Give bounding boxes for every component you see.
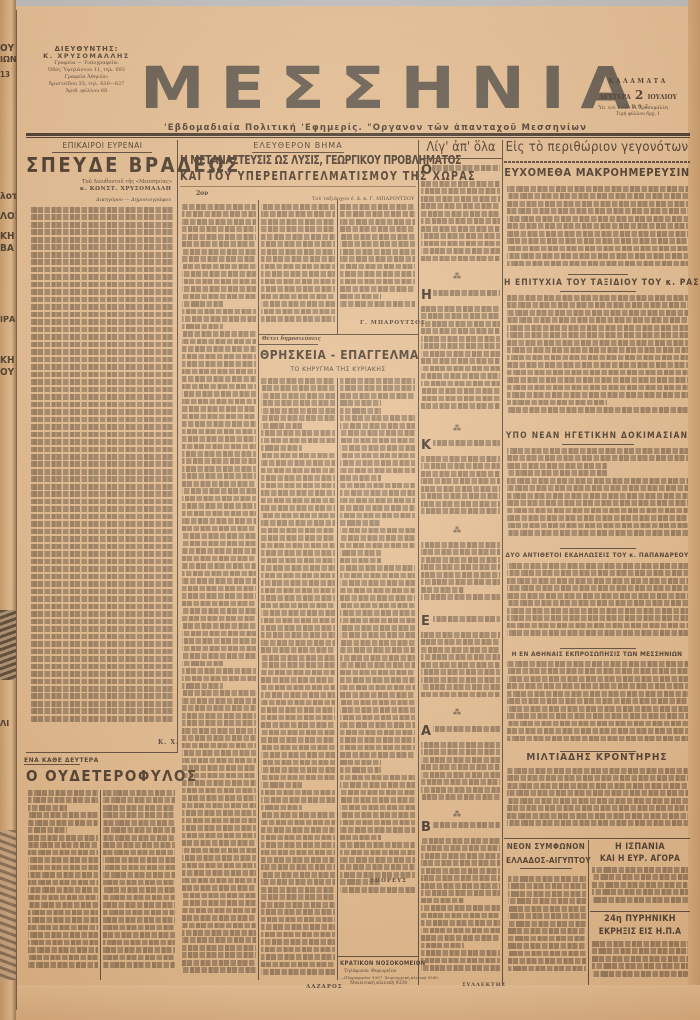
- text-line: [261, 588, 335, 594]
- text-line: [340, 211, 415, 217]
- text-line: [421, 542, 500, 548]
- text-line: [30, 274, 173, 280]
- text-line: [182, 863, 256, 869]
- text-line: [182, 578, 256, 584]
- news-body: [508, 876, 586, 980]
- text-line: [182, 825, 256, 831]
- text-line: [507, 208, 688, 214]
- text-line: [182, 690, 256, 696]
- text-line: [182, 436, 256, 442]
- text-line: [182, 571, 256, 577]
- text-line: [421, 211, 500, 217]
- text-line: [182, 444, 256, 450]
- text-line: [30, 417, 173, 423]
- text-line: [261, 954, 335, 960]
- item-headline: ΕΥΧΟΜΕΘΑ ΜΑΚΡΟΗΜΕΡΕΥΣΙΝ: [504, 166, 690, 179]
- text-line: [340, 423, 415, 429]
- text-line: [261, 460, 335, 466]
- text-line: [261, 805, 302, 811]
- text-line: [182, 339, 256, 345]
- text-line: [340, 595, 415, 601]
- text-line: [30, 708, 173, 714]
- text-line: [340, 707, 415, 713]
- text-line: [421, 572, 500, 578]
- text-line: [103, 820, 175, 826]
- text-line: [508, 891, 586, 897]
- text-line: [30, 596, 173, 602]
- text-line: [421, 677, 500, 683]
- text-line: [507, 820, 688, 826]
- text-line: [340, 219, 415, 225]
- text-line: [507, 570, 688, 576]
- text-line: [261, 468, 335, 474]
- text-line: [28, 790, 98, 796]
- text-line: [340, 438, 415, 444]
- text-line: [261, 737, 335, 743]
- text-line: [182, 249, 256, 255]
- text-line: [261, 438, 335, 444]
- text-line: [182, 952, 256, 958]
- adjacent-photo: [0, 610, 16, 680]
- text-line: [261, 857, 335, 863]
- column-divider: [177, 140, 178, 752]
- text-line: [421, 684, 500, 690]
- text-line: [182, 586, 256, 592]
- text-line: [182, 226, 256, 232]
- text-line: [340, 430, 415, 436]
- text-line: [28, 805, 67, 811]
- text-line: [507, 593, 688, 599]
- text-line: [261, 752, 335, 758]
- dropcap: Β: [421, 820, 431, 835]
- text-line: [182, 286, 256, 292]
- text-line: [30, 237, 173, 243]
- text-line: [182, 855, 256, 861]
- text-line: [30, 432, 173, 438]
- text-line: [261, 211, 335, 217]
- text-line: [261, 204, 335, 210]
- text-line: [261, 385, 335, 391]
- article-author: κ. ΚΩΝΣΤ. ΧΡΥΣΟΜΑΛΛΗ: [80, 186, 172, 192]
- athens-label: Γραφεῖα Ἀθηνῶν:: [24, 74, 149, 81]
- text-line: [261, 887, 335, 893]
- text-line: [508, 966, 586, 972]
- text-line: [182, 728, 256, 734]
- article-body: [261, 204, 335, 328]
- text-line: [261, 316, 335, 322]
- text-line: [182, 616, 256, 622]
- text-line: [340, 264, 415, 270]
- text-line: [421, 639, 500, 645]
- text-line: [508, 943, 586, 949]
- text-line: [421, 248, 500, 254]
- text-line: [30, 491, 173, 497]
- text-line: [340, 505, 415, 511]
- text-line: [30, 304, 173, 310]
- section-rule: [504, 161, 690, 163]
- news-headline-2: ΚΑΙ Η ΕΥΡ. ΑΓΟΡΑ: [590, 854, 690, 864]
- text-line: [507, 238, 688, 244]
- text-line: [30, 664, 173, 670]
- text-line: [261, 909, 335, 915]
- text-line: [182, 803, 256, 809]
- text-line: [261, 677, 335, 683]
- hospital-phone-1: Τηλέφωνα: Θυρωρεῖον: [344, 969, 396, 974]
- text-line: [182, 653, 256, 659]
- text-line: [433, 616, 500, 622]
- text-line: [261, 962, 335, 968]
- text-line: [28, 812, 98, 818]
- article-signature: Κ. Χ.: [158, 739, 179, 746]
- text-line: [261, 294, 335, 300]
- text-line: [30, 259, 173, 265]
- text-line: [421, 564, 500, 570]
- item-headline: ΥΠΟ ΝΕΑΝ ΗΓΕΤΙΚΗΝ ΔΟΚΙΜΑΣΙΑΝ: [504, 431, 690, 441]
- text-line: [182, 473, 256, 479]
- text-line: [30, 619, 173, 625]
- text-line: [340, 234, 415, 240]
- text-line: [421, 218, 500, 224]
- text-line: [261, 400, 335, 406]
- separator-asterism: ⁂: [453, 708, 461, 717]
- text-line: [30, 476, 173, 482]
- text-line: [508, 921, 586, 927]
- text-line: [340, 279, 415, 285]
- text-line: [507, 623, 688, 629]
- text-line: [30, 334, 173, 340]
- paragraph-body: [421, 742, 500, 804]
- text-line: [261, 543, 335, 549]
- text-line: [433, 440, 500, 446]
- text-line: [30, 536, 173, 542]
- text-line: [261, 219, 335, 225]
- paragraph-body: [421, 632, 500, 702]
- text-line: [182, 309, 256, 315]
- text-line: [28, 865, 98, 871]
- text-line: [261, 226, 335, 232]
- text-line: [182, 743, 256, 749]
- item-body: [507, 661, 688, 749]
- text-line: [340, 775, 415, 781]
- article-body: [30, 207, 173, 731]
- text-line: [30, 387, 173, 393]
- text-line: [182, 638, 256, 644]
- text-line: [508, 958, 586, 964]
- text-line: [421, 508, 500, 514]
- text-line: [28, 880, 98, 886]
- item-body: [507, 295, 688, 421]
- dropcap: Η: [421, 288, 432, 303]
- text-line: [30, 394, 173, 400]
- text-line: [507, 713, 688, 719]
- text-line: [30, 342, 173, 348]
- text-line: [507, 775, 688, 781]
- section-title: Εἰς τὸ περιθώριον γεγονότων: [504, 140, 690, 155]
- text-line: [30, 289, 173, 295]
- text-line: [182, 548, 256, 554]
- text-line: [421, 358, 500, 364]
- text-line: [261, 301, 335, 307]
- text-line: [30, 207, 173, 213]
- text-line: [182, 533, 256, 539]
- text-line: [507, 798, 688, 804]
- text-line: [421, 868, 500, 874]
- text-line: [421, 787, 500, 793]
- text-line: [261, 700, 335, 706]
- text-line: [421, 493, 500, 499]
- text-line: [182, 429, 256, 435]
- text-line: [421, 233, 500, 239]
- text-line: [261, 655, 335, 661]
- item-headline: Η ΕΝ ΑΘΗΝΑΙΣ ΕΚΠΡΟΣΩΠΗΣΙΣ ΤΩΝ ΜΕΣΣΗΝΙΩΝ: [504, 650, 690, 658]
- text-line: [261, 745, 335, 751]
- text-line: [103, 955, 175, 961]
- item-body: [507, 563, 688, 645]
- text-line: [261, 835, 335, 841]
- paragraph-body: [433, 440, 500, 454]
- text-line: [421, 396, 500, 402]
- text-line: [30, 282, 173, 288]
- text-line: [182, 414, 256, 420]
- article-headline-2: ΚΑΙ ΤΟΥ ΥΠΕΡΕΠΑΓΓΕΛΜΑΤΙΣΜΟΥ ΤΗΣ ΧΩΡΑΣ: [180, 168, 417, 183]
- separator-asterism: ⁂: [453, 272, 461, 281]
- text-line: [340, 483, 415, 489]
- text-line: [340, 294, 381, 300]
- text-line: [592, 889, 688, 895]
- text-line: [30, 521, 173, 527]
- text-line: [182, 384, 256, 390]
- text-line: [182, 915, 256, 921]
- item-rule: [568, 274, 628, 275]
- text-line: [261, 924, 335, 930]
- text-line: [507, 661, 688, 667]
- text-line: [507, 790, 688, 796]
- text-line: [340, 692, 415, 698]
- text-line: [30, 244, 173, 250]
- text-line: [182, 840, 256, 846]
- text-line: [507, 500, 688, 506]
- item-headline: ΔΥΟ ΑΝΤΙΘΕΤΟΙ ΕΚΔΗΛΩΣΕΙΣ ΤΟΥ κ. ΠΑΠΑΝΔΡΕ…: [504, 551, 690, 559]
- text-line: [507, 706, 688, 712]
- text-line: [261, 969, 335, 975]
- headline-rule: [180, 186, 416, 187]
- text-line: [421, 351, 500, 357]
- text-line: [421, 764, 500, 770]
- text-line: [508, 906, 586, 912]
- article-part: 2ον: [196, 190, 208, 197]
- text-line: [507, 325, 688, 331]
- text-line: [28, 857, 98, 863]
- text-line: [507, 698, 688, 704]
- text-line: [507, 608, 688, 614]
- text-line: [30, 716, 173, 722]
- separator-asterism: ⁂: [453, 810, 461, 819]
- text-line: [182, 780, 256, 786]
- text-line: [30, 327, 173, 333]
- text-line: [28, 925, 98, 931]
- text-line: [261, 453, 335, 459]
- masthead-rule: [26, 133, 690, 136]
- text-line: [30, 484, 173, 490]
- text-line: [28, 955, 98, 961]
- text-line: [103, 835, 175, 841]
- text-line: [182, 234, 256, 240]
- text-line: [421, 883, 500, 889]
- text-line: [421, 241, 500, 247]
- text-line: [508, 928, 586, 934]
- text-line: [433, 290, 500, 296]
- text-line: [340, 565, 415, 571]
- text-line: [261, 393, 335, 399]
- text-line: [182, 705, 256, 711]
- office-label: Γραφεῖα — Τυπογραφεῖα:: [24, 60, 149, 67]
- article-kicker: ΕΠΙΚΑΙΡΟΙ ΕΥΡΕΝΑΙ: [30, 141, 175, 150]
- text-line: [421, 256, 500, 262]
- text-line: [182, 241, 256, 247]
- item-body: [507, 186, 688, 270]
- text-line: [507, 783, 688, 789]
- text-line: [261, 685, 335, 691]
- text-line: [182, 773, 256, 779]
- text-line: [28, 827, 67, 833]
- separator-asterism: ⁂: [453, 526, 461, 535]
- text-line: [421, 313, 500, 319]
- text-line: [340, 453, 415, 459]
- text-line: [340, 670, 415, 676]
- column-divider: [337, 378, 338, 980]
- text-line: [261, 498, 335, 504]
- article-byline: Τοῦ Διευθυντοῦ τῆς «Μεσσηνίας»: [82, 179, 172, 185]
- text-line: [28, 962, 98, 968]
- article-body: [182, 204, 256, 980]
- text-line: [340, 249, 415, 255]
- text-line: [30, 611, 173, 617]
- article-signature: ΛΑΖΑΡΟΣ: [306, 984, 343, 990]
- text-line: [261, 872, 335, 878]
- text-line: [261, 415, 335, 421]
- text-line: [507, 370, 688, 376]
- item-rule: [560, 291, 636, 292]
- text-line: [182, 211, 256, 217]
- date-block: ΚΑΛΑΜΑΤΑ ΔΕΥΤΕΡΑ 2 ΙΟΥΛΙΟΥ 1962 Τιμή φύλ…: [588, 78, 688, 117]
- text-line: [421, 898, 464, 904]
- text-line: [30, 379, 173, 385]
- day: 2: [635, 88, 643, 102]
- text-line: [182, 458, 256, 464]
- text-line: [182, 301, 223, 307]
- text-line: [261, 483, 335, 489]
- text-line: [261, 513, 335, 519]
- text-line: [421, 188, 500, 194]
- text-line: [421, 965, 500, 971]
- text-line: [592, 874, 688, 880]
- article-kicker: ΕΝΑ ΚΑΘΕ ΔΕΥΤΕΡΑ: [24, 757, 80, 765]
- text-line: [340, 460, 415, 466]
- text-line: [507, 377, 688, 383]
- separator-asterism: ⁂: [453, 424, 461, 433]
- text-line: [421, 757, 500, 763]
- column-divider: [100, 790, 101, 980]
- column-signature: ΣΥΛΛΕΚΤΗΣ: [462, 982, 506, 988]
- text-line: [103, 925, 175, 931]
- text-line: [340, 550, 381, 556]
- text-line: [261, 256, 335, 262]
- text-line: [182, 526, 256, 532]
- text-line: [508, 898, 586, 904]
- text-line: [182, 466, 256, 472]
- text-line: [421, 913, 500, 919]
- text-line: [182, 324, 223, 330]
- text-line: [507, 332, 688, 338]
- text-line: [340, 445, 415, 451]
- box-rule: [338, 956, 418, 957]
- text-line: [103, 865, 175, 871]
- text-line: [103, 940, 175, 946]
- text-line: [182, 391, 256, 397]
- text-line: [261, 820, 335, 826]
- text-line: [340, 685, 415, 691]
- text-line: [421, 336, 500, 342]
- text-line: [421, 403, 500, 409]
- text-line: [182, 488, 256, 494]
- text-line: [261, 603, 335, 609]
- athens-address: Ἀριστείδου 35, τηλ. 630—637: [24, 81, 149, 88]
- text-line: [507, 186, 688, 192]
- month: ΙΟΥΛΙΟΥ: [648, 94, 677, 101]
- text-line: [30, 357, 173, 363]
- text-line: [340, 790, 415, 796]
- text-line: [421, 579, 500, 585]
- text-line: [340, 588, 415, 594]
- text-line: [340, 820, 415, 826]
- text-line: [30, 566, 173, 572]
- paragraph-body: [433, 822, 500, 836]
- text-line: [261, 234, 335, 240]
- text-line: [261, 939, 335, 945]
- text-line: [507, 530, 688, 536]
- text-line: [507, 223, 688, 229]
- text-line: [507, 600, 688, 606]
- item-rule: [560, 648, 636, 649]
- text-line: [421, 587, 464, 593]
- text-line: [261, 767, 335, 773]
- text-line: [103, 947, 175, 953]
- adjacent-page-strip: ΟΥ ΙΩΝ 13 λοτ ΛΟΣ ΚΗ ΒΑ ΙΡΑ ΚΗ ΟΥ ΛΙ: [0, 0, 16, 1020]
- text-line: [261, 894, 335, 900]
- text-line: [340, 378, 415, 384]
- text-line: [507, 493, 688, 499]
- text-line: [421, 501, 500, 507]
- text-line: [340, 632, 415, 638]
- item-headline: Η ΕΠΙΤΥΧΙΑ ΤΟΥ ΤΑΞΙΔΙΟΥ ΤΟΥ κ. ΡΑΣΚ: [504, 278, 690, 288]
- text-line: [340, 677, 415, 683]
- news-headline: ΝΕΟΝ ΣΥΜΦΩΝΟΝ: [506, 842, 586, 851]
- text-line: [182, 923, 256, 929]
- text-line: [508, 951, 586, 957]
- text-line: [261, 640, 335, 646]
- text-line: [182, 316, 256, 322]
- text-line: [261, 445, 302, 451]
- text-line: [261, 670, 335, 676]
- article-subhead: ΤΟ ΚΗΡΥΓΜΑ ΤΗΣ ΚΥΡΙΑΚΗΣ: [260, 366, 416, 373]
- text-line: [103, 962, 175, 968]
- text-line: [182, 833, 256, 839]
- text-line: [261, 850, 335, 856]
- text-line: [421, 928, 500, 934]
- text-line: [261, 573, 335, 579]
- editor-credit: Ὑπ. τοῦ Ἰωάν. Μ. Χρυσομάλλη: [598, 106, 668, 111]
- text-line: [421, 749, 500, 755]
